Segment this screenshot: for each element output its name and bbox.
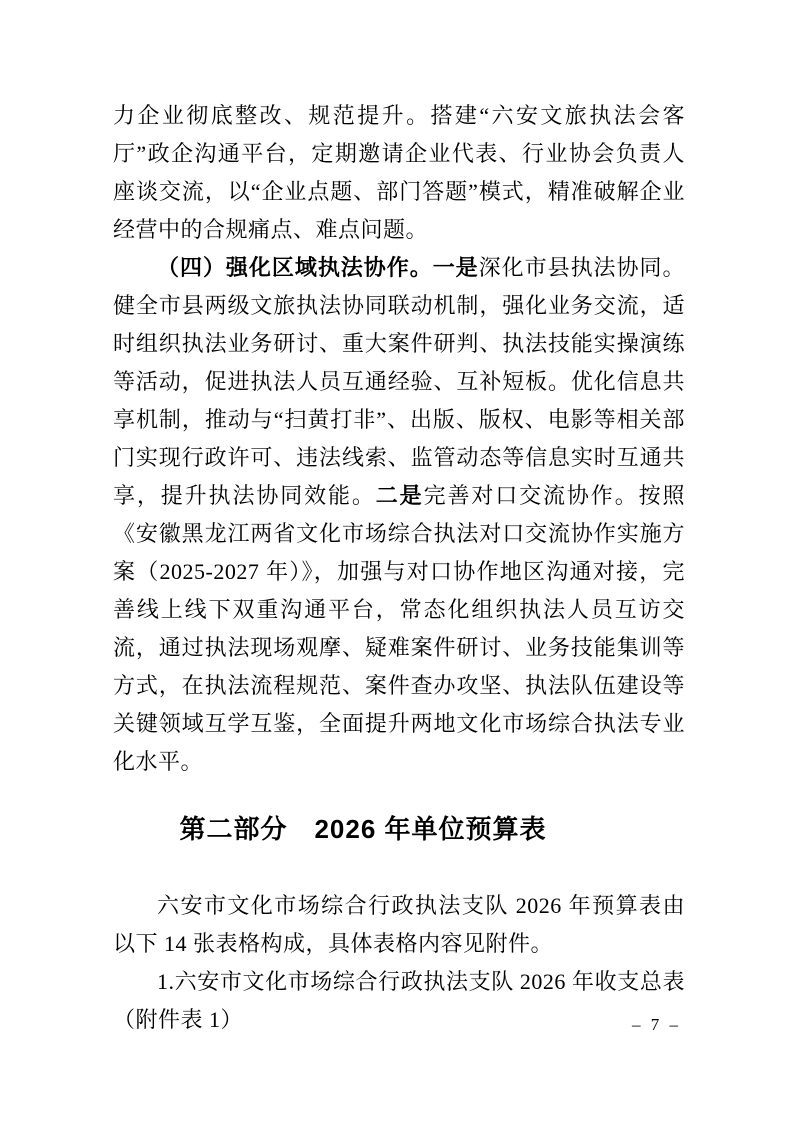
page-number: – 7 – (632, 1014, 681, 1036)
paragraph-table-item-1: 1.六安市文化市场综合行政执法支队 2026 年收支总表（附件表 1） (113, 963, 685, 1039)
paragraph-section4: （四）强化区域执法协作。一是深化市县执法协同。健全市县两级文旅执法协同联动机制，… (113, 249, 685, 781)
paragraph-continuation: 力企业彻底整改、规范提升。搭建“六安文旅执法会客厅”政企沟通平台，定期邀请企业代… (113, 97, 685, 249)
section4-lead-bold: （四）强化区域执法协作。一是 (157, 255, 479, 280)
section4-second-bold: 二是 (376, 483, 424, 508)
section4-text-2: 完善对口交流协作。按照《安徽黑龙江两省文化市场综合执法对口交流协作实施方案（20… (113, 483, 685, 774)
paragraph-intro: 六安市文化市场综合行政执法支队 2026 年预算表由以下 14 张表格构成，具体… (113, 887, 685, 963)
document-page: 力企业彻底整改、规范提升。搭建“六安文旅执法会客厅”政企沟通平台，定期邀请企业代… (0, 0, 793, 1122)
part2-heading: 第二部分 2026 年单位预算表 (77, 811, 649, 847)
document-body: 力企业彻底整改、规范提升。搭建“六安文旅执法会客厅”政企沟通平台，定期邀请企业代… (113, 97, 685, 1039)
section4-text-1: 深化市县执法协同。健全市县两级文旅执法协同联动机制，强化业务交流，适时组织执法业… (113, 255, 685, 508)
